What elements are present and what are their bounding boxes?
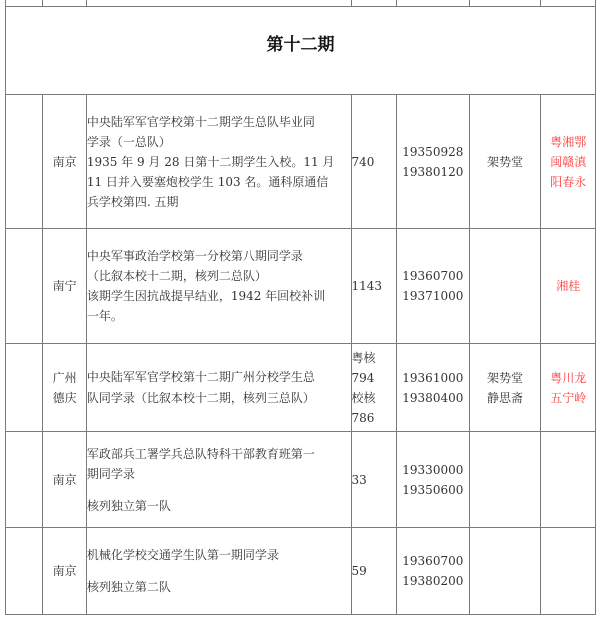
count-text: 794 (352, 368, 396, 388)
hall-cell (469, 432, 541, 528)
index-cell (6, 229, 43, 344)
hall-text: 静思斋 (470, 388, 541, 408)
dates-cell: 19360700 19380200 (396, 528, 469, 615)
region-cell: 粤川龙 五宁岭 (541, 344, 596, 432)
description-line: 11 日并入要塞炮校学生 103 名。通科原通信 (87, 172, 351, 192)
description-line: 1935 年 9 月 28 日第十二期学生入校。11 月 (87, 152, 351, 172)
place-text: 南宁 (43, 276, 85, 296)
end-date: 19350600 (397, 480, 469, 500)
index-cell (6, 95, 43, 229)
place-text: 南京 (43, 561, 85, 581)
description-line: 队同学录（比叙本校十二期，核列三总队） (87, 388, 351, 409)
index-cell (6, 528, 43, 615)
section-header-cell: 第十二期 (6, 7, 596, 95)
spacer (87, 484, 351, 496)
start-date: 19360700 (397, 266, 469, 286)
dates-cell: 19330000 19350600 (396, 432, 469, 528)
region-cell: 粤湘鄂 闽赣滇 阳春永 (541, 95, 596, 229)
count-text: 33 (352, 470, 396, 490)
hall-cell (469, 528, 541, 615)
description-note: 核列独立第一队 (87, 496, 351, 516)
hall-cell: 架势堂 (469, 95, 541, 229)
dates-cell: 19360700 19371000 (396, 229, 469, 344)
end-date: 19380200 (397, 571, 469, 591)
count-cell: 33 (351, 432, 396, 528)
region-text: 湘桂 (541, 276, 595, 296)
section-header-row: 第十二期 (6, 7, 596, 95)
count-cell: 粤核 794 校核 786 (351, 344, 396, 432)
roster-table: 第十二期 南京 中央陆军军官学校第十二期学生总队毕业同 学录（一总队） 1935… (5, 0, 596, 615)
count-cell: 1143 (351, 229, 396, 344)
hall-text: 架势堂 (470, 368, 541, 388)
end-date: 19380400 (397, 388, 469, 408)
count-text: 校核 (352, 388, 396, 408)
count-cell: 59 (351, 528, 396, 615)
index-cell (6, 432, 43, 528)
description-line: 机械化学校交通学生队第一期同学录 (87, 545, 351, 565)
table-row: 广州 德庆 中央陆军军官学校第十二期广州分校学生总 队同学录（比叙本校十二期，核… (6, 344, 596, 432)
place-text: 南京 (43, 152, 85, 172)
place-text: 德庆 (43, 388, 85, 408)
description-line: 兵学校第四. 五期 (87, 192, 351, 212)
start-date: 19350928 (397, 142, 469, 162)
dates-cell: 19361000 19380400 (396, 344, 469, 432)
place-cell: 南宁 (43, 229, 86, 344)
end-date: 19371000 (397, 286, 469, 306)
place-cell: 广州 德庆 (43, 344, 86, 432)
place-cell: 南京 (43, 95, 86, 229)
start-date: 19361000 (397, 368, 469, 388)
description-line: 学录（一总队） (87, 132, 351, 152)
table-row: 南宁 中央军事政治学校第一分校第八期同学录 （比叙本校十二期，核列二总队） 该期… (6, 229, 596, 344)
index-cell (6, 344, 43, 432)
table-row: 南京 中央陆军军官学校第十二期学生总队毕业同 学录（一总队） 1935 年 9 … (6, 95, 596, 229)
count-text: 740 (352, 152, 396, 172)
hall-cell (469, 229, 541, 344)
description-note: 核列独立第二队 (87, 577, 351, 597)
start-date: 19360700 (397, 551, 469, 571)
place-text: 南京 (43, 470, 85, 490)
table-row: 南京 军政部兵工署学兵总队特科干部教育班第一 期同学录 核列独立第一队 33 1… (6, 432, 596, 528)
place-cell: 南京 (43, 432, 86, 528)
count-text: 粤核 (352, 348, 396, 368)
description-line: 中央陆军军官学校第十二期广州分校学生总 (87, 367, 351, 388)
start-date: 19330000 (397, 460, 469, 480)
count-cell: 740 (351, 95, 396, 229)
region-text: 闽赣滇 (541, 152, 595, 172)
count-text: 59 (352, 561, 396, 581)
description-cell: 中央陆军军官学校第十二期广州分校学生总 队同学录（比叙本校十二期，核列三总队） (86, 344, 351, 432)
count-text: 1143 (352, 276, 396, 296)
count-text: 786 (352, 408, 396, 428)
description-cell: 机械化学校交通学生队第一期同学录 核列独立第二队 (86, 528, 351, 615)
place-cell: 南京 (43, 528, 86, 615)
end-date: 19380120 (397, 162, 469, 182)
place-text: 广州 (43, 368, 85, 388)
region-text: 阳春永 (541, 172, 595, 192)
region-text: 粤湘鄂 (541, 132, 595, 152)
dates-cell: 19350928 19380120 (396, 95, 469, 229)
description-cell: 中央陆军军官学校第十二期学生总队毕业同 学录（一总队） 1935 年 9 月 2… (86, 95, 351, 229)
section-title: 第十二期 (267, 35, 335, 55)
table-row: 南京 机械化学校交通学生队第一期同学录 核列独立第二队 59 19360700 … (6, 528, 596, 615)
region-text: 粤川龙 (541, 368, 595, 388)
description-line: 中央陆军军官学校第十二期学生总队毕业同 (87, 112, 351, 132)
region-cell (541, 528, 596, 615)
description-line: 一年。 (87, 306, 351, 326)
description-line: （比叙本校十二期，核列二总队） (87, 266, 351, 286)
description-cell: 中央军事政治学校第一分校第八期同学录 （比叙本校十二期，核列二总队） 该期学生因… (86, 229, 351, 344)
description-line: 中央军事政治学校第一分校第八期同学录 (87, 246, 351, 266)
region-cell (541, 432, 596, 528)
region-text: 五宁岭 (541, 388, 595, 408)
region-cell: 湘桂 (541, 229, 596, 344)
hall-text: 架势堂 (470, 152, 541, 172)
spacer (87, 565, 351, 577)
description-line: 军政部兵工署学兵总队特科干部教育班第一 (87, 444, 351, 464)
description-line: 该期学生因抗战提早结业，1942 年回校补训 (87, 286, 351, 306)
hall-cell: 架势堂 静思斋 (469, 344, 541, 432)
description-cell: 军政部兵工署学兵总队特科干部教育班第一 期同学录 核列独立第一队 (86, 432, 351, 528)
description-line: 期同学录 (87, 464, 351, 484)
